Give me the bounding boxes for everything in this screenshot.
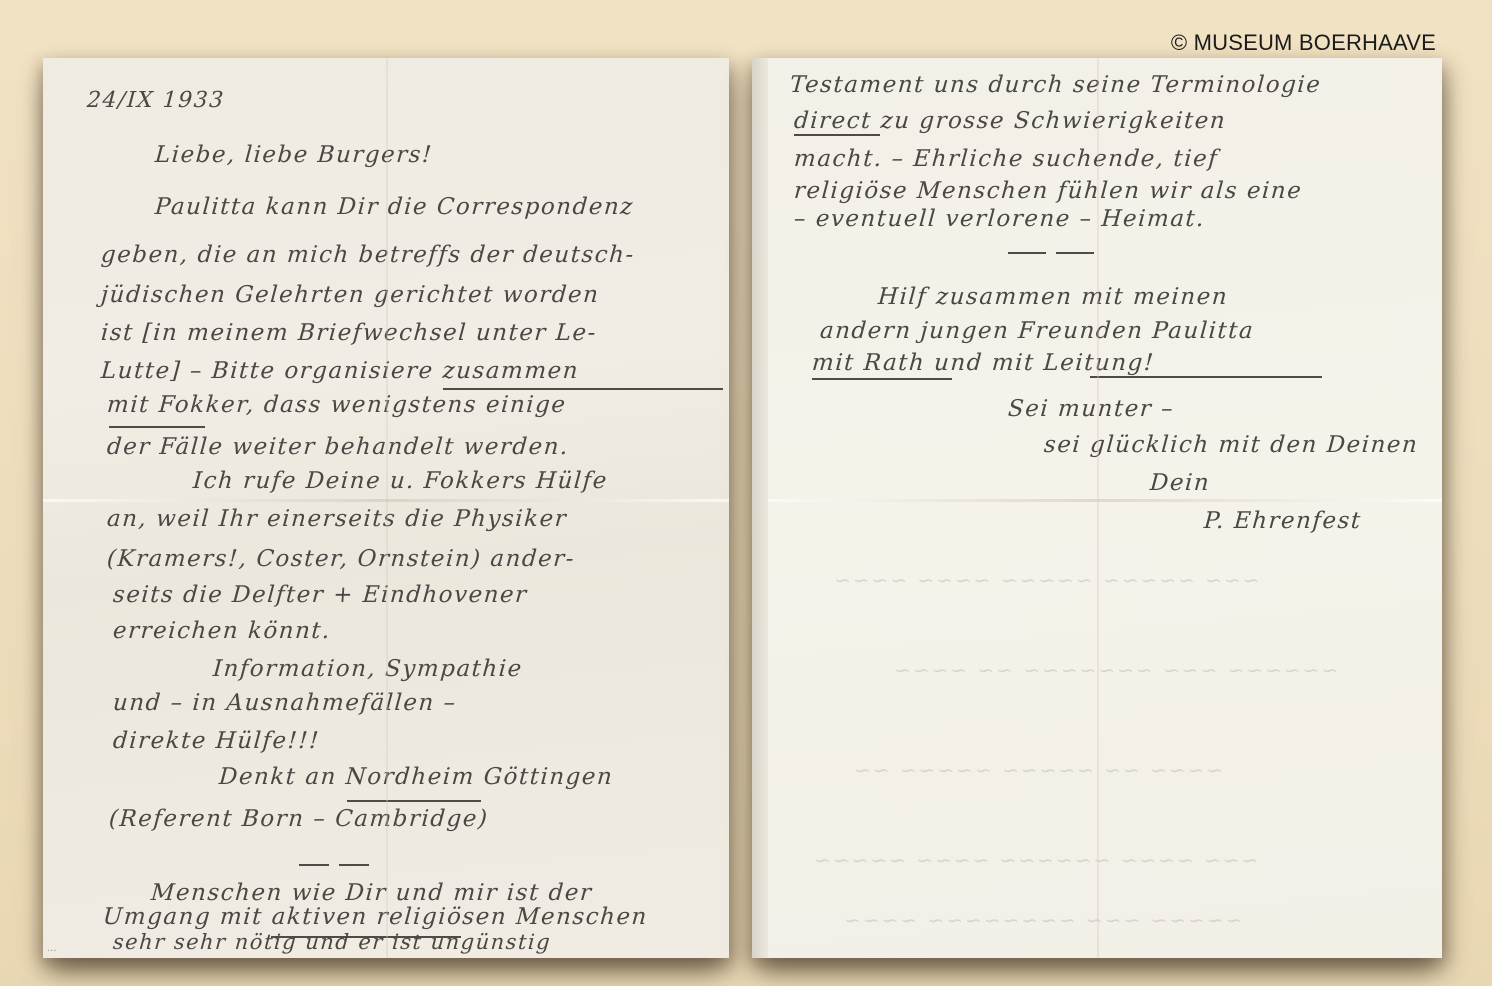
letter-page-2: Testament uns durch seine Terminologie d… xyxy=(752,58,1442,958)
letter-line: Paulitta kann Dir die Correspondenz xyxy=(154,194,635,220)
letter-line: religiöse Menschen fühlen wir als eine xyxy=(793,178,1303,204)
letter-line: sehr sehr nötig und er ist ungünstig xyxy=(112,930,552,954)
letter-closing: Sei munter – xyxy=(1007,396,1175,422)
section-divider xyxy=(299,864,329,866)
underline-stroke xyxy=(109,426,205,428)
section-divider xyxy=(1008,252,1046,254)
letter-closing: sei glücklich mit den Deinen xyxy=(1043,432,1419,458)
letter-line: Information, Sympathie xyxy=(212,656,524,682)
letter-line: Lutte] – Bitte organisiere zusammen xyxy=(100,358,580,384)
section-divider xyxy=(339,864,369,866)
letter-signature: P. Ehrenfest xyxy=(1203,508,1362,534)
letter-date: 24/IX 1933 xyxy=(86,88,225,113)
letter-line: Hilf zusammen mit meinen xyxy=(877,284,1229,310)
bleed-through-text: ~~~~~~ ~~~ ~~~~~~~ ~~ ~~~~ xyxy=(891,658,1339,682)
letter-line: geben, die an mich betreffs der deutsch- xyxy=(100,242,636,268)
underline-stroke xyxy=(1090,376,1322,378)
letter-line: jüdischen Gelehrten gerichtet worden xyxy=(100,282,600,308)
letter-line: Umgang mit aktiven religiösen Menschen xyxy=(102,904,649,930)
letter-line: der Fälle weiter behandelt werden. xyxy=(106,434,570,460)
letter-line: andern jungen Freunden Paulitta xyxy=(819,318,1255,344)
letter-line: direkte Hülfe!!! xyxy=(112,728,321,754)
letter-line: Ich rufe Deine u. Fokkers Hülfe xyxy=(192,468,609,494)
letter-page-1: 24/IX 1933 Liebe, liebe Burgers! Paulitt… xyxy=(43,58,729,958)
bleed-through-text: ~~~ ~~~~~ ~~~~~ ~~~~ ~~~~ xyxy=(831,568,1260,592)
letter-line: mit Fokker, dass wenigstens einige xyxy=(106,392,567,418)
letter-line: seits die Delfter + Eindhovener xyxy=(112,582,528,608)
letter-line: direct zu grosse Schwierigkeiten xyxy=(793,108,1227,134)
letter-line: (Referent Born – Cambridge) xyxy=(108,806,489,832)
letter-closing: Dein xyxy=(1149,470,1211,496)
section-divider xyxy=(1056,252,1094,254)
page-edge xyxy=(752,58,768,958)
bleed-through-text: ~~~ ~~~~ ~~~~~~ ~~~~ ~~~~~ xyxy=(811,848,1259,872)
underline-stroke xyxy=(812,378,952,380)
letter-salutation: Liebe, liebe Burgers! xyxy=(154,142,434,168)
letter-line: Denkt an Nordheim Göttingen xyxy=(218,764,614,790)
letter-line: mit Rath und mit Leitung! xyxy=(811,350,1155,376)
letter-line: – eventuell verlorene – Heimat. xyxy=(793,206,1206,232)
letter-line: Menschen wie Dir und mir ist der xyxy=(150,880,593,906)
letter-line: macht. – Ehrliche suchende, tief xyxy=(793,146,1219,172)
archive-mark: ... xyxy=(47,943,57,954)
letter-line: (Kramers!, Coster, Ornstein) ander- xyxy=(106,546,576,572)
letter-line: ist [in meinem Briefwechsel unter Le- xyxy=(100,320,598,346)
letter-line: Testament uns durch seine Terminologie xyxy=(789,72,1322,98)
letter-line: und – in Ausnahmefällen – xyxy=(112,690,457,716)
underline-stroke xyxy=(794,134,880,136)
bleed-through-text: ~~~~~ ~~~ ~~~~~~~~ ~~~~ xyxy=(841,908,1243,932)
copyright-credit: © MUSEUM BOERHAAVE xyxy=(1171,30,1436,56)
underline-stroke xyxy=(347,800,481,802)
bleed-through-text: ~~~~ ~~ ~~~~~ ~~~~~ ~~ xyxy=(851,758,1224,782)
letter-line: erreichen könnt. xyxy=(112,618,332,644)
letter-line: an, weil Ihr einerseits die Physiker xyxy=(106,506,568,532)
underline-stroke xyxy=(443,388,723,390)
